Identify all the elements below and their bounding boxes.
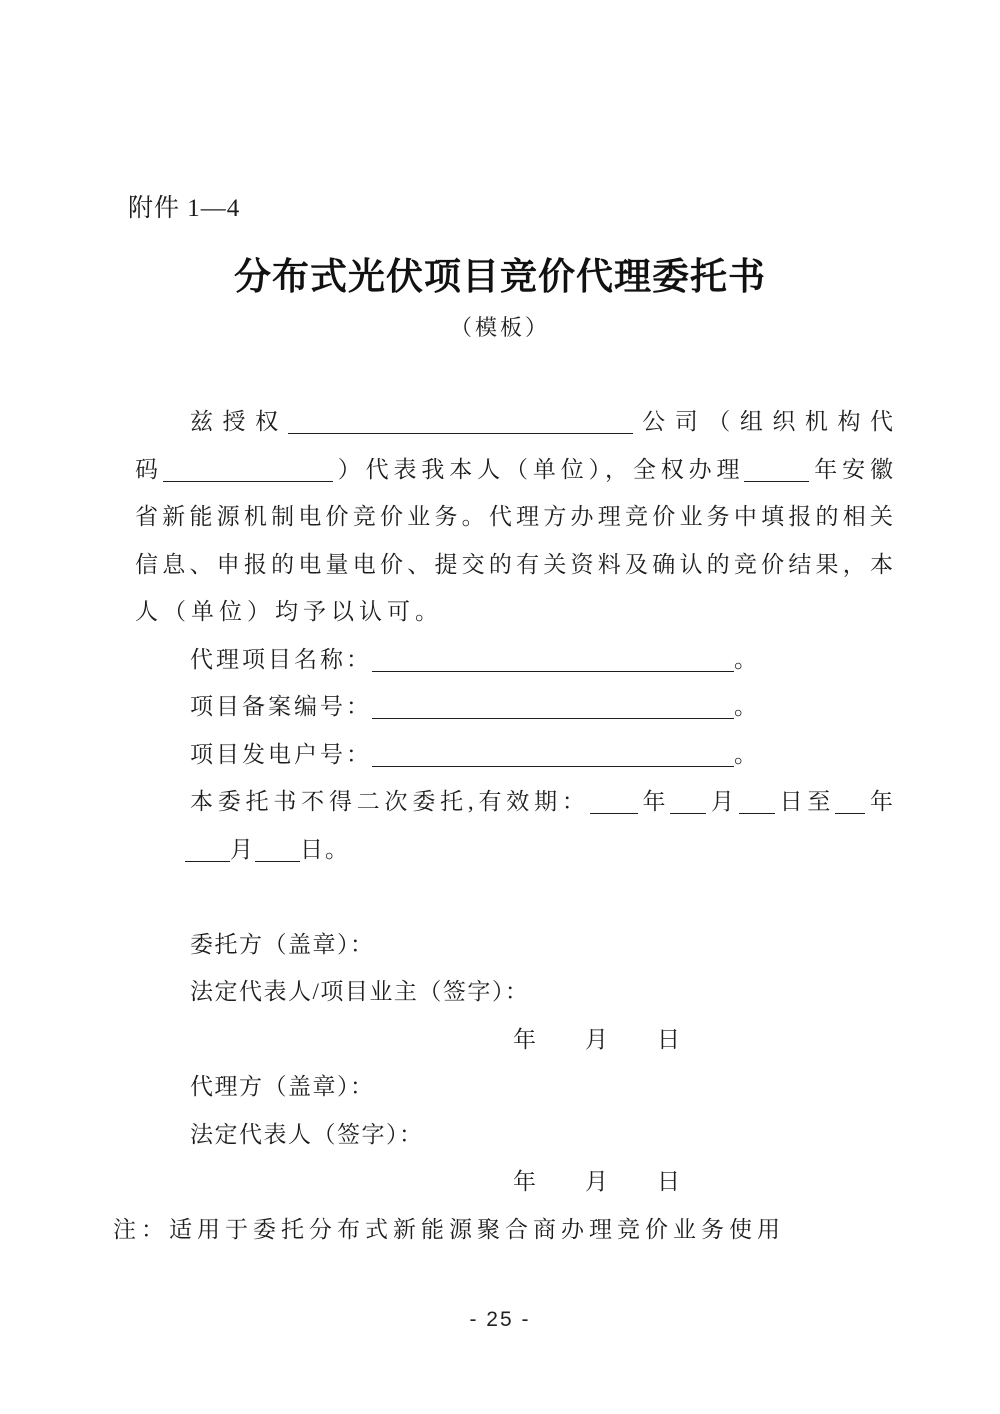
- principal-seal-label: 委托方（盖章）：: [135, 921, 893, 969]
- field-generation-account-suffix: 。: [734, 742, 757, 767]
- para-anhui-text: 年安徽: [809, 457, 893, 482]
- para-authorize-text: 兹授权: [190, 409, 288, 434]
- para-line-5: 人（单位）均予以认可。: [135, 588, 893, 636]
- field-project-name-label: 代理项目名称：: [190, 647, 372, 672]
- para-code-text: 码: [135, 457, 163, 482]
- blank-valid-to-month: [185, 838, 230, 862]
- blank-record-number: [372, 695, 734, 719]
- field-generation-account: 项目发电户号：。: [135, 731, 893, 779]
- principal-date-line: 年 月 日: [135, 1016, 893, 1064]
- blank-authorized-company: [288, 410, 633, 434]
- validity-day2-label: 日。: [300, 837, 350, 862]
- validity-month2-label: 月: [230, 837, 255, 862]
- field-record-number-suffix: 。: [734, 694, 757, 719]
- blank-valid-from-year: [590, 790, 638, 814]
- validity-month1-label: 月: [706, 789, 739, 814]
- principal-sign-label: 法定代表人/项目业主（签字）：: [135, 968, 893, 1016]
- validity-line-1: 本委托书不得二次委托,有效期：年月日至年: [135, 778, 893, 826]
- page-number: - 25 -: [0, 1308, 1000, 1332]
- document-page: 附件 1—4 分布式光伏项目竞价代理委托书 （模板） 兹授权公司（组织机构代 码…: [0, 0, 1000, 1414]
- blank-org-code: [163, 458, 333, 482]
- field-record-number-label: 项目备案编号：: [190, 694, 372, 719]
- blank-valid-to-year: [835, 790, 865, 814]
- blank-line: [135, 873, 893, 921]
- blank-valid-to-day: [255, 838, 300, 862]
- validity-pre-text: 本委托书不得二次委托,有效期：: [190, 789, 590, 814]
- para-company-text: 公司（组织机构代: [633, 409, 893, 434]
- blank-valid-from-month: [670, 790, 706, 814]
- para-line-3: 省新能源机制电价竞价业务。代理方办理竞价业务中填报的相关: [135, 493, 893, 541]
- field-project-name-suffix: 。: [734, 647, 757, 672]
- validity-line-2: 月日。: [135, 826, 893, 874]
- agent-sign-label: 法定代表人（签字）：: [135, 1111, 893, 1159]
- blank-project-name: [372, 648, 734, 672]
- field-project-name: 代理项目名称：。: [135, 636, 893, 684]
- blank-valid-from-day: [739, 790, 775, 814]
- document-body: 兹授权公司（组织机构代 码）代表我本人（单位），全权办理年安徽 省新能源机制电价…: [135, 398, 893, 1253]
- para-line-1: 兹授权公司（组织机构代: [135, 398, 893, 446]
- validity-year2-label: 年: [865, 789, 893, 814]
- para-line-2: 码）代表我本人（单位），全权办理年安徽: [135, 446, 893, 494]
- para-line-4: 信息、申报的电量电价、提交的有关资料及确认的竞价结果，本: [135, 541, 893, 589]
- para-represent-text: ）代表我本人（单位），全权办理: [333, 457, 745, 482]
- attachment-label: 附件 1—4: [128, 188, 240, 224]
- field-record-number: 项目备案编号：。: [135, 683, 893, 731]
- document-title: 分布式光伏项目竞价代理委托书: [0, 246, 1000, 300]
- blank-bid-year: [744, 458, 809, 482]
- validity-day1-label: 日至: [775, 789, 835, 814]
- blank-generation-account: [372, 743, 734, 767]
- usage-note: 注：适用于委托分布式新能源聚合商办理竞价业务使用: [113, 1206, 893, 1254]
- agent-seal-label: 代理方（盖章）：: [135, 1063, 893, 1111]
- document-subtitle: （模板）: [0, 311, 1000, 342]
- validity-year1-label: 年: [638, 789, 671, 814]
- agent-date-line: 年 月 日: [135, 1158, 893, 1206]
- field-generation-account-label: 项目发电户号：: [190, 742, 372, 767]
